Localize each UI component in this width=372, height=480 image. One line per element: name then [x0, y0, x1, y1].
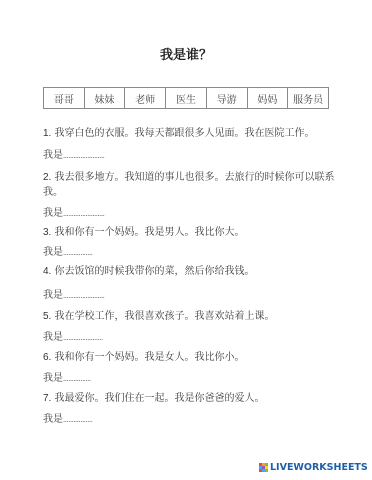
answer-4[interactable]: 我是........................ [43, 289, 104, 303]
brand-name: LIVEWORKSHEETS [270, 462, 368, 473]
answer-blank[interactable]: ........................ [63, 209, 104, 218]
liveworksheets-mark-icon [259, 463, 268, 472]
question-7: 7. 我最爱你。我们住在一起。我是你爸爸的爱人。 [43, 392, 265, 406]
question-1: 1. 我穿白色的衣服。我每天都跟很多人见面。我在医院工作。 [43, 127, 315, 141]
answer-prefix: 我是 [43, 208, 63, 219]
question-text: 我最爱你。我们住在一起。我是你爸爸的爱人。 [55, 393, 265, 404]
word-bank-cell: 妈妈 [247, 88, 288, 109]
answer-5[interactable]: 我是....................... [43, 331, 103, 345]
question-text-cont: 我。 [43, 187, 63, 198]
question-number: 4. [43, 266, 51, 277]
word-bank-cell: 妹妹 [84, 88, 125, 109]
word-bank-cell: 老师 [125, 88, 166, 109]
question-number: 2. [43, 172, 51, 183]
question-3: 3. 我和你有一个妈妈。我是男人。我比你大。 [43, 226, 245, 240]
answer-prefix: 我是 [43, 332, 63, 343]
answer-6[interactable]: 我是................ [43, 372, 91, 386]
question-2: 2. 我去很多地方。我知道的事儿也很多。去旅行的时候你可以联系 [43, 171, 335, 185]
answer-blank[interactable]: ................ [63, 374, 91, 383]
question-text: 我穿白色的衣服。我每天都跟很多人见面。我在医院工作。 [55, 128, 315, 139]
word-bank-cell: 医生 [166, 88, 207, 109]
answer-blank[interactable]: ................. [63, 248, 92, 257]
question-4: 4. 你去饭馆的时候我带你的菜，然后你给我钱。 [43, 265, 255, 279]
question-2-continuation: 我。 [43, 186, 63, 200]
answer-prefix: 我是 [43, 414, 63, 425]
answer-blank[interactable]: ........................ [63, 151, 104, 160]
answer-blank[interactable]: ................. [63, 415, 92, 424]
answer-3[interactable]: 我是................. [43, 246, 92, 260]
question-number: 6. [43, 352, 51, 363]
answer-blank[interactable]: ....................... [63, 333, 103, 342]
question-text: 我和你有一个妈妈。我是女人。我比你小。 [55, 352, 245, 363]
word-bank-cell: 服务员 [288, 88, 329, 109]
question-number: 7. [43, 393, 51, 404]
answer-prefix: 我是 [43, 247, 63, 258]
question-text: 我和你有一个妈妈。我是男人。我比你大。 [55, 227, 245, 238]
question-text: 我去很多地方。我知道的事儿也很多。去旅行的时候你可以联系 [55, 172, 335, 183]
question-text: 你去饭馆的时候我带你的菜，然后你给我钱。 [55, 266, 255, 277]
answer-2[interactable]: 我是........................ [43, 207, 104, 221]
answer-prefix: 我是 [43, 150, 63, 161]
question-text: 我在学校工作，我很喜欢孩子。我喜欢站着上课。 [55, 311, 275, 322]
question-6: 6. 我和你有一个妈妈。我是女人。我比你小。 [43, 351, 245, 365]
answer-prefix: 我是 [43, 290, 63, 301]
word-bank-table: 哥哥 妹妹 老师 医生 导游 妈妈 服务员 [43, 87, 329, 109]
word-bank-cell: 导游 [206, 88, 247, 109]
liveworksheets-logo: LIVEWORKSHEETS [259, 462, 368, 473]
answer-blank[interactable]: ........................ [63, 291, 104, 300]
answer-7[interactable]: 我是................. [43, 413, 92, 427]
answer-1[interactable]: 我是........................ [43, 149, 104, 163]
question-5: 5. 我在学校工作，我很喜欢孩子。我喜欢站着上课。 [43, 310, 275, 324]
worksheet-title: 我是谁？ [0, 44, 372, 63]
word-bank-cell: 哥哥 [44, 88, 85, 109]
question-number: 5. [43, 311, 51, 322]
answer-prefix: 我是 [43, 373, 63, 384]
question-number: 1. [43, 128, 51, 139]
question-number: 3. [43, 227, 51, 238]
